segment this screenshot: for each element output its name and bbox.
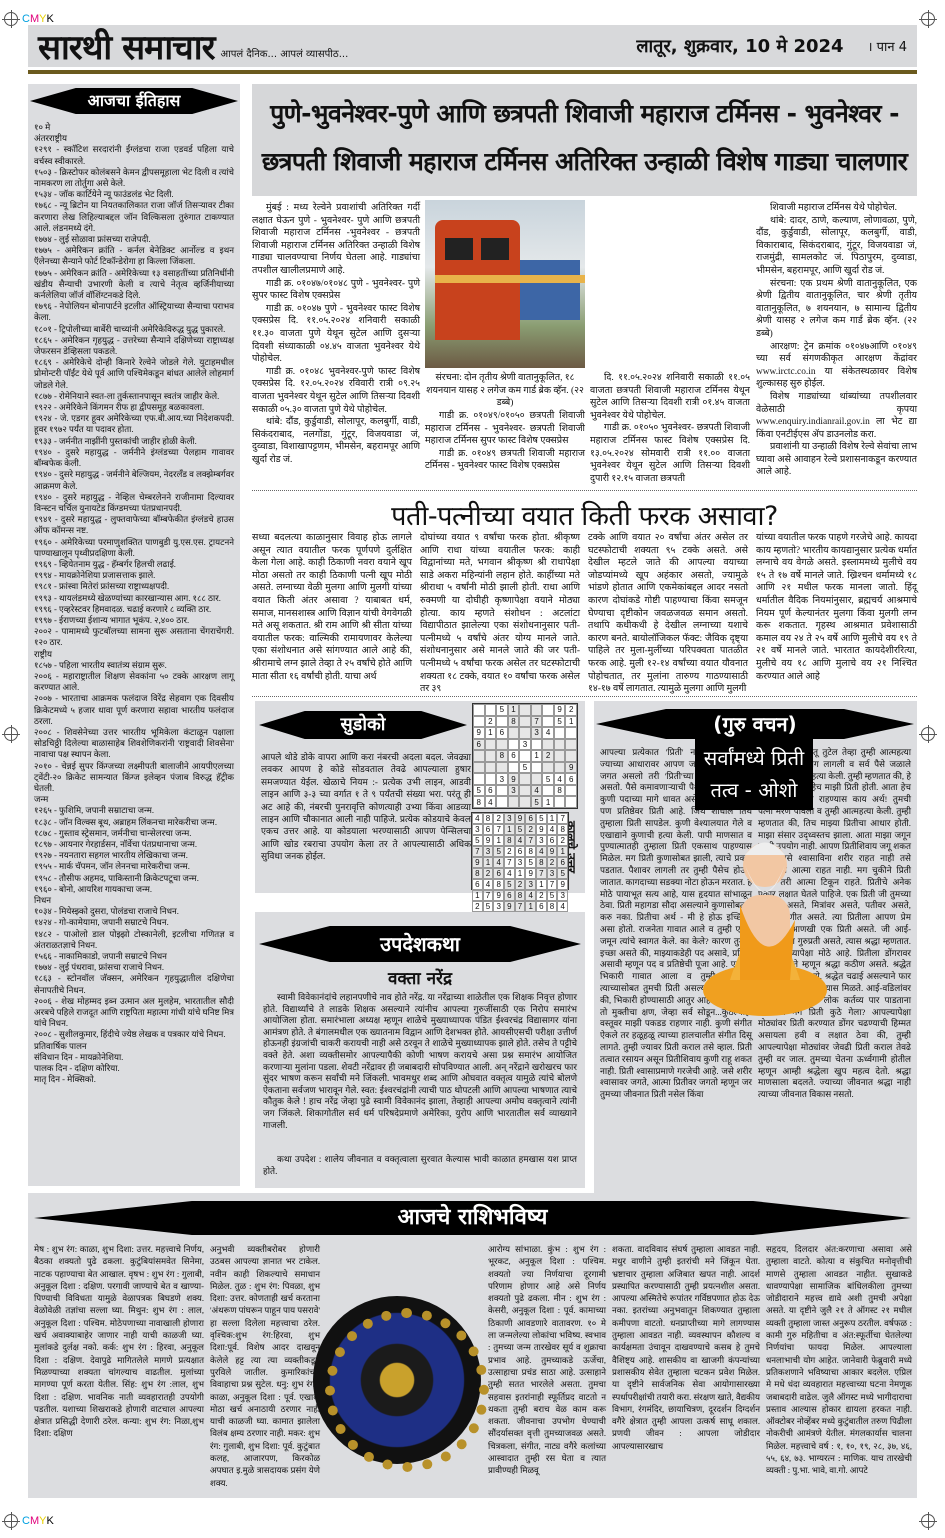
history-entry: जन्म	[34, 794, 234, 805]
sudoku-cell[interactable]	[496, 762, 508, 774]
answer-cell: 2	[493, 813, 504, 824]
sudoku-cell[interactable]	[554, 739, 566, 751]
history-entry: १४८२ - पाओलो डाल पोझ्झो टोस्कानेली, इटली…	[34, 929, 234, 951]
article-paragraph: संरचना: एक प्रथम श्रेणी वातानुकूलित, एक …	[756, 278, 917, 341]
sudoku-cell[interactable]	[508, 796, 520, 808]
sudoku-cell: 5	[531, 796, 543, 808]
answer-cell: 7	[536, 868, 547, 879]
sudoku-heading: सुडोको	[259, 711, 467, 739]
history-entry: १८६५ - अमेरिकन गृहयुद्ध - उत्तरेच्या सैन…	[34, 335, 234, 357]
history-entry: संविधान दिन - मायक्रोनेशिया.	[34, 1052, 234, 1063]
pull-quote: सर्वांमध्ये प्रिती तत्व - ओशो	[695, 738, 813, 810]
answer-cell: 1	[493, 835, 504, 846]
answer-cell: 8	[472, 868, 483, 879]
sudoku-cell: 6	[565, 773, 577, 785]
registration-mark-icon	[921, 1514, 935, 1528]
answer-cell: 7	[557, 813, 568, 824]
answer-cell: 8	[547, 901, 558, 912]
sudoku-cell[interactable]	[542, 785, 554, 797]
sudoku-cell: 1	[542, 796, 554, 808]
story-body: स्वामी विवेकानंदांचे लहानपणीचे नाव होते …	[263, 992, 577, 1131]
sudoku-cell[interactable]	[508, 727, 520, 739]
article-paragraph: मुंबई : मध्य रेल्वेने प्रवाशांची अतिरिक्…	[252, 202, 420, 278]
story-moral: कथा उपदेश : शालेय जीवनात व वक्तृत्वाला स…	[263, 1154, 577, 1177]
sudoku-cell: 8	[496, 750, 508, 762]
divider	[252, 696, 917, 697]
sudoku-cell: 3	[508, 785, 520, 797]
age-gap-column-1: सध्या बदलत्या काळानुसार विवाह होऊ लागले …	[252, 532, 412, 683]
dateline: लातूर, शुक्रवार, 10 मे 2024	[636, 34, 843, 58]
history-entry: २००२ - पामामध्ये फुटबॉलच्या सामना सुरू अ…	[34, 626, 234, 648]
history-entry: १९५८ - तौसीफ अहमद, पाकिस्तानी क्रिकेटपटू…	[34, 873, 234, 884]
answer-cell: 4	[547, 824, 558, 835]
article-paragraph: गाडी क्र. ०१०४७/०१०४८ पुणे - भुवनेश्वर- …	[252, 278, 420, 303]
answer-cell: 8	[493, 879, 504, 890]
history-entry: १९९६ - एव्हरेस्टवर हिमवादळ. चढाई करणारे …	[34, 604, 234, 615]
sudoku-cell[interactable]	[496, 739, 508, 751]
sudoku-cell[interactable]	[496, 796, 508, 808]
sudoku-cell[interactable]	[485, 704, 497, 716]
history-entry: १९४१ - दुसरे महायुद्ध - लुफ्तवाफेच्या बॉ…	[34, 514, 234, 536]
sudoku-cell: 2	[485, 716, 497, 728]
answer-cell: 8	[525, 846, 536, 857]
answer-cell: 3	[536, 835, 547, 846]
sudoku-cell[interactable]	[519, 716, 531, 728]
answer-cell: 3	[557, 890, 568, 901]
answer-cell: 2	[472, 901, 483, 912]
answer-cell: 5	[504, 879, 515, 890]
answer-cell: 2	[515, 879, 526, 890]
sudoku-cell[interactable]	[485, 750, 497, 762]
article-paragraph: गाडी क्र. ०१०४८ भुवनेश्वर-पुणे फास्ट विश…	[252, 366, 420, 416]
sudoku-cell: 9	[565, 762, 577, 774]
answer-cell: 1	[525, 901, 536, 912]
sudoku-cell: 8	[508, 716, 520, 728]
answer-cell: 3	[504, 813, 515, 824]
history-entry: १७७४ - लुई पंधरावा, फ्रांसचा राजाचे निधन…	[34, 962, 234, 973]
history-entry: १९९४ - मायक्रोनेशिया प्रजासत्ताक झाले.	[34, 570, 234, 581]
history-entry: १९५५ - मार्क चॅपमन, जॉन लेननचा मारेकरीचा…	[34, 861, 234, 872]
sudoku-cell[interactable]	[485, 739, 497, 751]
answer-cell: 6	[515, 846, 526, 857]
article-paragraph: प्रवाशांनी या उन्हाळी विशेष रेल्वे सेवां…	[756, 441, 917, 479]
headline-line-2: छत्रपती शिवाजी महाराज टर्मिनस अतिरिक्त उ…	[252, 138, 917, 186]
sudoku-instructions: आपले थोडे डोके वापरा आणि करा नंबरची अदला…	[261, 751, 471, 863]
sudoku-cell[interactable]	[542, 762, 554, 774]
answer-cell: 2	[504, 846, 515, 857]
upadesh-heading: उपदेशकथा	[259, 926, 581, 962]
answer-cell: 9	[472, 857, 483, 868]
sudoku-cell[interactable]	[473, 716, 485, 728]
history-entry: १४२४ - गो-कामेयामा, जपानी सम्राटचे निधन.	[34, 917, 234, 928]
history-entry: १९४० - दुसरे महायुद्ध - नेव्हिल चेम्बरले…	[34, 492, 234, 514]
sudoku-cell: 6	[508, 750, 520, 762]
history-entry: २००८ - शिवसेनेच्या उत्तर भारतीय भूमिकेला…	[34, 727, 234, 761]
history-heading: आजचा ईतिहास	[30, 88, 238, 114]
sudoku-cell[interactable]	[485, 773, 497, 785]
sudoku-cell: 2	[565, 704, 577, 716]
answer-cell: 1	[547, 813, 558, 824]
history-entry: १७७४ - लुई सोळावा फ्रांसच्या राजेपदी.	[34, 234, 234, 245]
sudoku-puzzle-grid[interactable]: 519228751916346386125939546563488451	[472, 703, 578, 809]
sudoku-cell[interactable]	[508, 762, 520, 774]
answer-cell: 4	[483, 879, 494, 890]
history-entry: १९६० - बोनो, आयरिश गायकाचा जन्म.	[34, 884, 234, 895]
answer-cell: 6	[557, 857, 568, 868]
sudoku-cell: 6	[485, 785, 497, 797]
history-entry: १८०१ - ट्रिपोलीच्या बार्बेरी चाच्यांनी अ…	[34, 324, 234, 335]
history-entry: १९६० - अमेरिकेच्या परमाणुशक्तित पाणबुडी …	[34, 537, 234, 559]
headline-line-1: पुणे-भुवनेश्वर-पुणे आणि छत्रपती शिवाजी म…	[252, 90, 917, 138]
sudoku-cell[interactable]	[565, 750, 577, 762]
sudoku-cell: 9	[508, 773, 520, 785]
sudoku-cell[interactable]	[473, 704, 485, 716]
sudoku-cell: 6	[473, 739, 485, 751]
sudoku-cell: 6	[496, 727, 508, 739]
sudoku-cell: 5	[554, 716, 566, 728]
sudoku-cell: 3	[531, 727, 543, 739]
sudoku-cell: 7	[531, 716, 543, 728]
answer-cell: 5	[493, 846, 504, 857]
history-entry: १५६६ - नाकामिकाडो, जपानी सम्राटचे निधन	[34, 951, 234, 962]
history-entry: १९२७ - नयनतारा सहगल भारतीय लेखिकाचा जन्म…	[34, 850, 234, 861]
lead-column-1: मुंबई : मध्य रेल्वेने प्रवाशांची अतिरिक्…	[252, 202, 420, 466]
answer-cell: 7	[504, 857, 515, 868]
sudoku-cell[interactable]	[519, 796, 531, 808]
history-entry: १९४० - दुसरे महायुद्ध - जर्मनीने इंग्लंड…	[34, 447, 234, 469]
lead-headline: पुणे-भुवनेश्वर-पुणे आणि छत्रपती शिवाजी म…	[252, 84, 917, 196]
sudoku-cell[interactable]	[519, 727, 531, 739]
article-paragraph: विशेष गाड्यांच्या थांब्यांच्या तपशीलवार …	[756, 391, 917, 441]
answer-cell: 3	[547, 868, 558, 879]
history-entry: १५३४ - जॉक कार्टियेने न्यू फाउंडलंड भेट …	[34, 189, 234, 200]
upadesh-katha-section: उपदेशकथा वक्ता नरेंद्र स्वामी विवेकानंदा…	[255, 912, 585, 1188]
horoscope-column-2: अनुभवी व्यक्तीबरोबर होणारी उठबस आपल्या ज…	[210, 1243, 320, 1489]
answer-cell: 9	[483, 835, 494, 846]
sudoku-cell[interactable]	[519, 773, 531, 785]
answer-cell: 9	[504, 901, 515, 912]
sudoku-cell: 1	[531, 750, 543, 762]
history-entry: २००६ - शेख मोहम्मद इब्न उत्मान अल मुलहेम…	[34, 996, 234, 1030]
age-gap-headline: पती-पत्नीच्या वयात किती फरक असावा?	[252, 496, 917, 533]
story-title: वक्ता नरेंद्र	[255, 966, 585, 989]
sudoku-cell: 1	[508, 704, 520, 716]
history-entry: १२६५ - फुशिमि, जपानी सम्राटाचा जन्म.	[34, 805, 234, 816]
history-entry: १९२२ - अमेरिकेने किंगमन रीफ हा द्वीपसमूह…	[34, 402, 234, 413]
answer-cell: 6	[504, 890, 515, 901]
registration-mark-icon	[921, 12, 935, 26]
history-entry: १७६८ - न्यू ब्रिटोन या नियतकालिकात राजा …	[34, 200, 234, 234]
article-paragraph: दि. ११.०५.२०२४ शनिवारी सकाळी ११.०५ वाजता…	[590, 372, 750, 422]
registration-mark-icon	[4, 12, 18, 26]
answer-cell: 1	[483, 857, 494, 868]
age-gap-column-3: टक्के आणि वयात २० वर्षांचा अंतर असेल तर …	[588, 532, 748, 696]
horoscope-column-4: शकता. वादविवाद संघर्ष तुम्हाला आवडत नाही…	[612, 1243, 760, 1452]
sudoku-cell: 4	[554, 773, 566, 785]
history-entry: १८६३ - स्टोनवॉल जॅक्सन, अमेरिकन गृहयुद्ध…	[34, 973, 234, 995]
answer-cell: 3	[515, 857, 526, 868]
divider	[252, 490, 917, 491]
sudoku-cell: 5	[519, 762, 531, 774]
article-paragraph: थांबे: दादर, ठाणे, कल्याण, लोणावळा, पुणे…	[756, 215, 917, 278]
sudoku-cell: 4	[531, 785, 543, 797]
zodiac-wheel-illustration	[313, 1296, 481, 1464]
sudoku-cell[interactable]	[565, 796, 577, 808]
history-entry: १९२४ - जे. एडगर हूवर अमेरिकेच्या एफ.बी.आ…	[34, 413, 234, 435]
answer-cell: 5	[557, 868, 568, 879]
sudoku-cell: 4	[542, 727, 554, 739]
history-entry: १८७७ - रोमेनियाने स्वत-ला तुर्कस्तानपासू…	[34, 391, 234, 402]
sudoku-cell[interactable]	[565, 785, 577, 797]
sudoku-cell: 5	[542, 773, 554, 785]
answer-cell: 7	[547, 879, 558, 890]
answer-cell: 9	[536, 824, 547, 835]
sudoku-cell: 3	[519, 739, 531, 751]
sudoku-cell: 5	[496, 704, 508, 716]
history-entry: १८७८ - गुस्ताव स्ट्रेसमान, जर्मनीचा चान्…	[34, 828, 234, 839]
history-entry: १८३८ - जॉन विल्क्स बूथ, अब्राहम लिंकनचा …	[34, 817, 234, 828]
masthead: सारथी समाचार आपलं दैनिक... आपलं व्यासपीठ…	[28, 25, 917, 67]
answer-cell: 8	[557, 824, 568, 835]
sudoku-cell[interactable]	[542, 739, 554, 751]
answer-cell: 6	[547, 835, 558, 846]
sudoku-cell[interactable]	[565, 739, 577, 751]
answer-cell: 3	[493, 901, 504, 912]
answer-cell: 4	[536, 846, 547, 857]
history-entry: २००८ - सुशीलकुमार, हिंदीचे ज्येष्ठ लेखक …	[34, 1029, 234, 1040]
answer-cell: 1	[536, 879, 547, 890]
photo-caption: संरचना: दोन तृतीय श्रेणी वातानुकूलित, १८…	[425, 372, 585, 410]
history-entry: प्रतिवार्षिक पालन	[34, 1041, 234, 1052]
sudoku-cell[interactable]	[531, 762, 543, 774]
article-paragraph: गाडी क्र. ०१०५० भुवनेश्वर- छत्रपती शिवाज…	[590, 422, 750, 485]
answer-cell: 7	[472, 846, 483, 857]
sudoku-cell: 1	[565, 716, 577, 728]
answer-cell: 7	[483, 890, 494, 901]
answer-cell: 6	[493, 868, 504, 879]
answer-cell: 8	[504, 835, 515, 846]
lead-column-3: दि. ११.०५.२०२४ शनिवारी सकाळी ११.०५ वाजता…	[590, 372, 750, 485]
sudoku-cell: 4	[485, 796, 497, 808]
answer-cell: 2	[536, 890, 547, 901]
answer-cell: 8	[483, 813, 494, 824]
sudoku-cell[interactable]	[565, 727, 577, 739]
registration-mark-icon	[4, 727, 18, 741]
answer-cell: 9	[525, 868, 536, 879]
age-gap-column-2: दोघांच्या वयात ९ वर्षांचा फरक होता. श्री…	[420, 532, 580, 696]
answer-cell: 4	[472, 813, 483, 824]
answer-cell: 8	[536, 857, 547, 868]
sudoku-cell[interactable]	[496, 785, 508, 797]
sudoku-cell[interactable]	[554, 727, 566, 739]
history-entry: १८५७ - पहिला भारतीय स्वातंत्र्य संग्राम …	[34, 660, 234, 671]
history-entry: १० मे	[34, 122, 234, 133]
answer-cell: 7	[493, 824, 504, 835]
registration-mark-icon	[921, 727, 935, 741]
article-paragraph: गाडी क्र. ०१०४९ छत्रपती शिवाजी महाराज टर…	[425, 448, 585, 473]
cmyk-label-bottom: CMYK	[22, 1515, 54, 1527]
answer-cell: 9	[547, 846, 558, 857]
sudoku-cell[interactable]	[531, 704, 543, 716]
answer-cell: 9	[557, 879, 568, 890]
lead-column-2: गाडी क्र. ०१०४९/०१०५० छत्रपती शिवाजी महा…	[425, 410, 585, 473]
article-paragraph: थांबे: दौंड, कुर्डुवाडी, सोलापूर, कलबुर्…	[252, 416, 420, 466]
page-number: । पान 4	[868, 37, 907, 55]
history-entry: १७९६ - नेपोलियन बोनापार्टने इटलीत ऑस्ट्र…	[34, 301, 234, 323]
history-entry: १७७५ - अमेरिकन क्रांति - कर्नल बेनेडिक्ट…	[34, 245, 234, 267]
history-entry: निधन	[34, 895, 234, 906]
answer-cell: 4	[493, 857, 504, 868]
answer-cell: 5	[547, 890, 558, 901]
answer-cell: 3	[483, 846, 494, 857]
history-entry: मातृ दिन - मेक्सिको.	[34, 1074, 234, 1085]
sudoku-cell: 9	[554, 704, 566, 716]
masthead-rule	[28, 70, 917, 74]
article-paragraph: गाडी क्र. ०१०४७ पुणे - भुवनेश्वर फास्ट व…	[252, 303, 420, 366]
answer-cell: 1	[515, 868, 526, 879]
sudoku-cell: 3	[496, 773, 508, 785]
history-entry: राष्ट्रीय	[34, 649, 234, 660]
history-sidebar: आजचा ईतिहास १० मेअंतरराष्ट्रीय१२९१ - स्क…	[28, 84, 240, 1186]
horoscope-column-5: सहृदय, दिलदार अंत:करणाचा असावा असे तुम्ह…	[766, 1243, 912, 1477]
history-entry: १९४० - दुसरे महायुद्ध - जर्मनीने बेल्जिय…	[34, 469, 234, 491]
answer-cell: 2	[557, 835, 568, 846]
history-list: १० मेअंतरराष्ट्रीय१२९१ - स्कॉटिश सरदारां…	[34, 122, 234, 1085]
answer-cell: 6	[472, 879, 483, 890]
sudoku-cell[interactable]	[496, 716, 508, 728]
history-entry: १९६९ - व्हियेतनाम युद्ध - हॅम्बर्गर हिलच…	[34, 559, 234, 570]
registration-mark-icon	[4, 1514, 18, 1528]
answer-cell: 2	[547, 857, 558, 868]
answer-cell: 2	[525, 824, 536, 835]
answer-cell: 5	[515, 824, 526, 835]
answer-cell: 3	[525, 879, 536, 890]
history-entry: १२९१ - स्कॉटिश सरदारांनी ईंग्लंडचा राजा …	[34, 144, 234, 166]
answer-cell: 5	[525, 857, 536, 868]
history-entry: १०३४ - मियेस्झ्को दुसरा, पोलंडचा राजाचे …	[34, 906, 234, 917]
sudoku-cell[interactable]	[519, 785, 531, 797]
history-entry: अंतरराष्ट्रीय	[34, 133, 234, 144]
horoscope-column-1: मेष : शुभ रंग: काळा, शुभ दिशा: उत्तर. मह…	[34, 1243, 204, 1440]
answer-cell: 9	[493, 890, 504, 901]
answer-cell: 5	[472, 835, 483, 846]
history-entry: १९३३ - जर्मनीत नाझींनी पुस्तकांची जाहीर …	[34, 436, 234, 447]
history-entry: १८९७ - आयनार गेरहार्डसन, नॉर्वेचा पंतप्र…	[34, 839, 234, 850]
history-entry: २००७ - भारताचा आक्रमक फलंदाज विरेंद्र से…	[34, 693, 234, 727]
answer-cell: 4	[515, 835, 526, 846]
sudoku-cell[interactable]	[519, 750, 531, 762]
history-entry: १५०३ - क्रिस्टोफर कोलंबसने केमन द्वीपसमू…	[34, 167, 234, 189]
history-entry: पालक दिन - दक्षिण कोरिया.	[34, 1063, 234, 1074]
sudoku-cell: 2	[542, 750, 554, 762]
sudoku-cell: 1	[485, 727, 497, 739]
answer-cell: 4	[525, 890, 536, 901]
history-entry: १९९३ - थायलंडमध्ये खेळण्यांच्या कारखान्य…	[34, 593, 234, 604]
sudoku-cell[interactable]	[554, 796, 566, 808]
sudoku-cell[interactable]	[542, 716, 554, 728]
article-paragraph: आरक्षण: ट्रेन क्रमांक ०१०४७आणि ०१०४९ च्य…	[756, 341, 917, 391]
sudoku-cell[interactable]	[473, 762, 485, 774]
answer-cell: 6	[525, 813, 536, 824]
answer-cell: 1	[557, 846, 568, 857]
article-paragraph: गाडी क्र. ०१०४९/०१०५० छत्रपती शिवाजी महा…	[425, 410, 585, 448]
sudoku-cell[interactable]	[554, 762, 566, 774]
sudoku-cell[interactable]	[508, 739, 520, 751]
age-gap-column-4: यांच्या वयातील फरक पाहणे गरजेचे आहे. काय…	[756, 532, 917, 683]
history-entry: २००६ - महाराष्ट्रातील शिक्षण सेवकांना ५०…	[34, 671, 234, 693]
sudoku-cell[interactable]	[531, 773, 543, 785]
sudoku-cell: 9	[473, 727, 485, 739]
article-paragraph: शिवाजी महाराज टर्मिनस येथे पोहोचेल.	[756, 202, 917, 215]
answer-cell: 7	[515, 901, 526, 912]
history-entry: १९९७ - ईराणच्या ईशान्य भागात भूकंप. २,४०…	[34, 615, 234, 626]
lead-column-4: शिवाजी महाराज टर्मिनस येथे पोहोचेल.थांबे…	[756, 202, 917, 479]
sudoku-cell[interactable]	[473, 750, 485, 762]
answer-cell: 6	[536, 901, 547, 912]
answer-cell: 4	[557, 901, 568, 912]
answer-cell: 7	[525, 835, 536, 846]
sudoku-cell: 8	[473, 796, 485, 808]
answer-cell: 6	[483, 824, 494, 835]
answer-cell: 3	[472, 824, 483, 835]
sudoku-cell[interactable]	[519, 704, 531, 716]
sudoku-cell[interactable]	[531, 739, 543, 751]
sudoku-cell[interactable]	[473, 773, 485, 785]
history-entry: १८६९ - अमेरिकेचे दोन्ही किनारे रेल्वेने …	[34, 357, 234, 391]
answer-cell: 9	[515, 813, 526, 824]
history-entry: २०१० - चेन्नई सुपर किंग्जच्या लक्ष्मीपती…	[34, 761, 234, 795]
answer-cell: 4	[504, 868, 515, 879]
tagline: आपलं दैनिक... आपलं व्यासपीठ...	[221, 46, 349, 60]
newspaper-title: सारथी समाचार	[38, 23, 215, 69]
history-entry: १९८१ - फ्रांस्वा मितेरां फ्रांसच्या राष्…	[34, 581, 234, 592]
sudoku-cell[interactable]	[542, 704, 554, 716]
answer-cell: 1	[504, 824, 515, 835]
sudoku-cell[interactable]	[554, 750, 566, 762]
sudoku-cell[interactable]	[485, 762, 497, 774]
meditating-guru-illustration	[700, 810, 830, 1020]
history-entry: १७७५ - अमेरिकन क्रांति - अमेरिकेच्या १३ …	[34, 268, 234, 302]
answer-cell: 1	[472, 890, 483, 901]
answer-cell: 8	[515, 890, 526, 901]
guru-heading: (गुरु वचन)	[596, 709, 914, 739]
horoscope-heading: आजचे राशिभविष्य	[34, 1201, 911, 1235]
sudoku-cell: 5	[473, 785, 485, 797]
answer-cell: 2	[483, 868, 494, 879]
sudoku-cell: 8	[554, 785, 566, 797]
answer-cell: 5	[536, 813, 547, 824]
answer-cell: 5	[483, 901, 494, 912]
train-photo	[425, 200, 585, 368]
sudoku-answer-grid: 4823965173671529485918473627352684919147…	[471, 812, 569, 890]
